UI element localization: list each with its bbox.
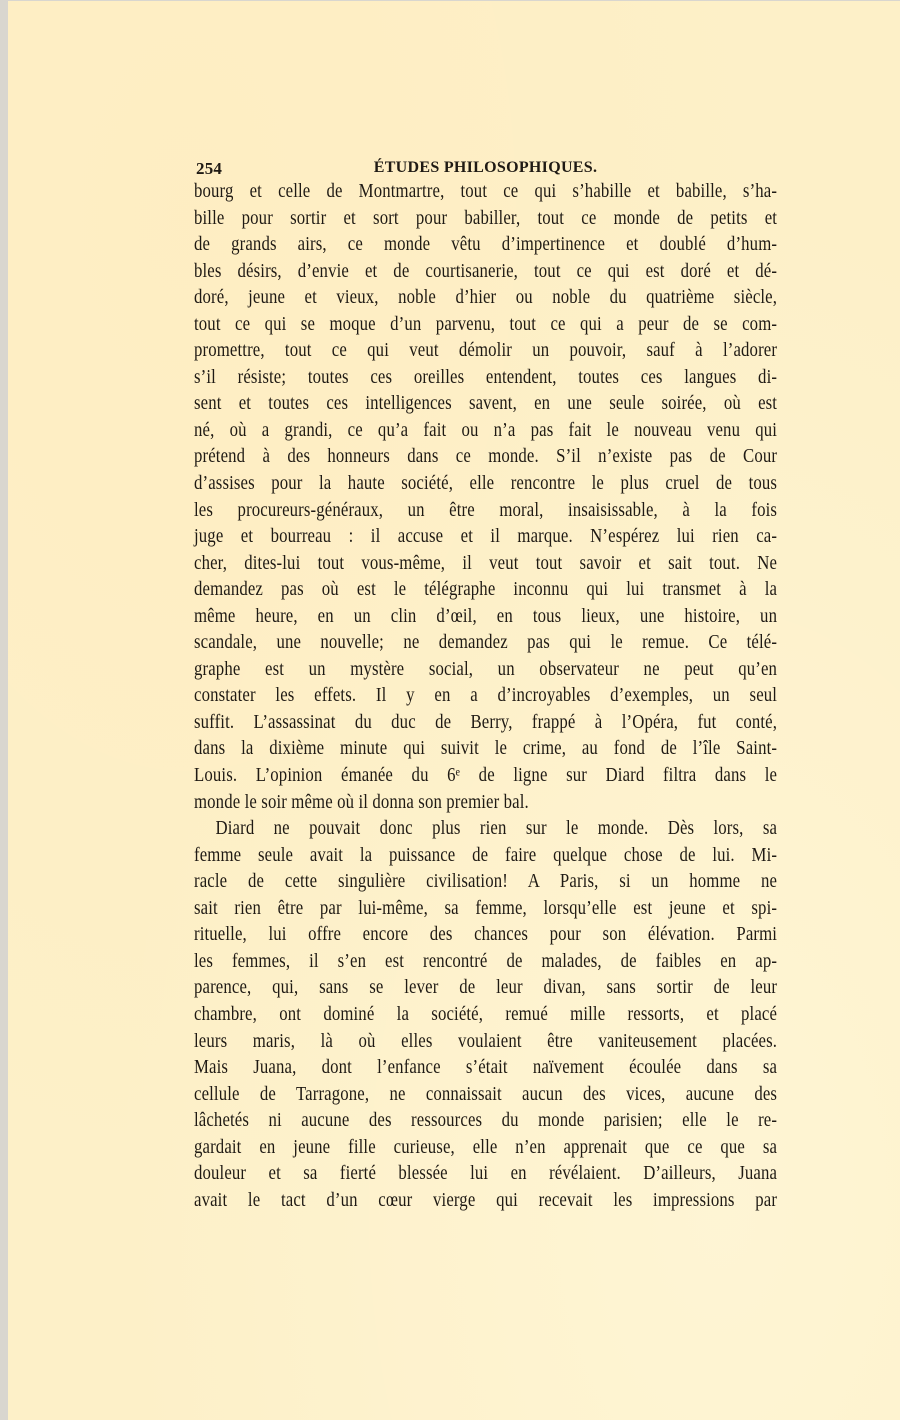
text-line: de grands airs, ce monde vêtu d’impertin… bbox=[194, 232, 777, 259]
paragraph: bourg et celle de Montmartre, tout ce qu… bbox=[194, 179, 777, 816]
text-line: même heure, en un clin d’œil, en tous li… bbox=[194, 604, 777, 631]
text-line: promettre, tout ce qui veut démolir un p… bbox=[194, 338, 777, 365]
text-line: les procureurs-généraux, un être moral, … bbox=[194, 498, 777, 525]
text-line: gardait en jeune fille curieuse, elle n’… bbox=[194, 1135, 777, 1162]
paragraph: Diard ne pouvait donc plus rien sur le m… bbox=[194, 816, 777, 1214]
text-line: douleur et sa fierté blessée lui en révé… bbox=[194, 1161, 777, 1188]
text-line: constater les effets. Il y en a d’incroy… bbox=[194, 683, 777, 710]
text-line: cher, dites-lui tout vous-même, il veut … bbox=[194, 551, 777, 578]
running-head: 254 ÉTUDES PHILOSOPHIQUES. bbox=[194, 155, 777, 179]
text-line: né, où a grandi, ce qu’a fait ou n’a pas… bbox=[194, 418, 777, 445]
text-line: Diard ne pouvait donc plus rien sur le m… bbox=[194, 816, 777, 843]
text-line: bille pour sortir et sort pour babiller,… bbox=[194, 206, 777, 233]
text-line: avait le tact d’un cœur vierge qui recev… bbox=[194, 1188, 777, 1215]
text-line: racle de cette singulière civilisation! … bbox=[194, 869, 777, 896]
text-line: dans la dixième minute qui suivit le cri… bbox=[194, 736, 777, 763]
text-line: tout ce qui se moque d’un parvenu, tout … bbox=[194, 312, 777, 339]
book-page: 254 ÉTUDES PHILOSOPHIQUES. bourg et cell… bbox=[8, 1, 900, 1420]
text-line: monde le soir même où il donna son premi… bbox=[194, 790, 777, 817]
text-line: rituelle, lui offre encore des chances p… bbox=[194, 922, 777, 949]
text-line: chambre, ont dominé la société, remué mi… bbox=[194, 1002, 777, 1029]
text-line: bles désirs, d’envie et de courtisanerie… bbox=[194, 259, 777, 286]
text-line: bourg et celle de Montmartre, tout ce qu… bbox=[194, 179, 777, 206]
text-line: d’assises pour la haute société, elle re… bbox=[194, 471, 777, 498]
text-line: doré, jeune et vieux, noble d’hier ou no… bbox=[194, 285, 777, 312]
text-line: juge et bourreau : il accuse et il marqu… bbox=[194, 524, 777, 551]
body-text: bourg et celle de Montmartre, tout ce qu… bbox=[194, 179, 777, 1214]
text-line: suffit. L’assassinat du duc de Berry, fr… bbox=[194, 710, 777, 737]
text-line: graphe est un mystère social, un observa… bbox=[194, 657, 777, 684]
text-line: femme seule avait la puissance de faire … bbox=[194, 843, 777, 870]
text-line: Louis. L’opinion émanée du 6ᵉ de ligne s… bbox=[194, 763, 777, 790]
text-line: leurs maris, là où elles voulaient être … bbox=[194, 1029, 777, 1056]
running-title: ÉTUDES PHILOSOPHIQUES. bbox=[194, 159, 777, 177]
text-line: cellule de Tarragone, ne connaissait auc… bbox=[194, 1082, 777, 1109]
text-line: sait rien être par lui-même, sa femme, l… bbox=[194, 896, 777, 923]
text-line: lâchetés ni aucune des ressources du mon… bbox=[194, 1108, 777, 1135]
text-line: scandale, une nouvelle; ne demandez pas … bbox=[194, 630, 777, 657]
text-line: parence, qui, sans se lever de leur diva… bbox=[194, 975, 777, 1002]
text-line: sent et toutes ces intelligences savent,… bbox=[194, 391, 777, 418]
text-line: s’il résiste; toutes ces oreilles entend… bbox=[194, 365, 777, 392]
text-line: Mais Juana, dont l’enfance s’était naïve… bbox=[194, 1055, 777, 1082]
text-line: les femmes, il s’en est rencontré de mal… bbox=[194, 949, 777, 976]
text-block: 254 ÉTUDES PHILOSOPHIQUES. bourg et cell… bbox=[194, 155, 777, 1214]
text-line: prétend à des honneurs dans ce monde. S’… bbox=[194, 444, 777, 471]
text-line: demandez pas où est le télégraphe inconn… bbox=[194, 577, 777, 604]
